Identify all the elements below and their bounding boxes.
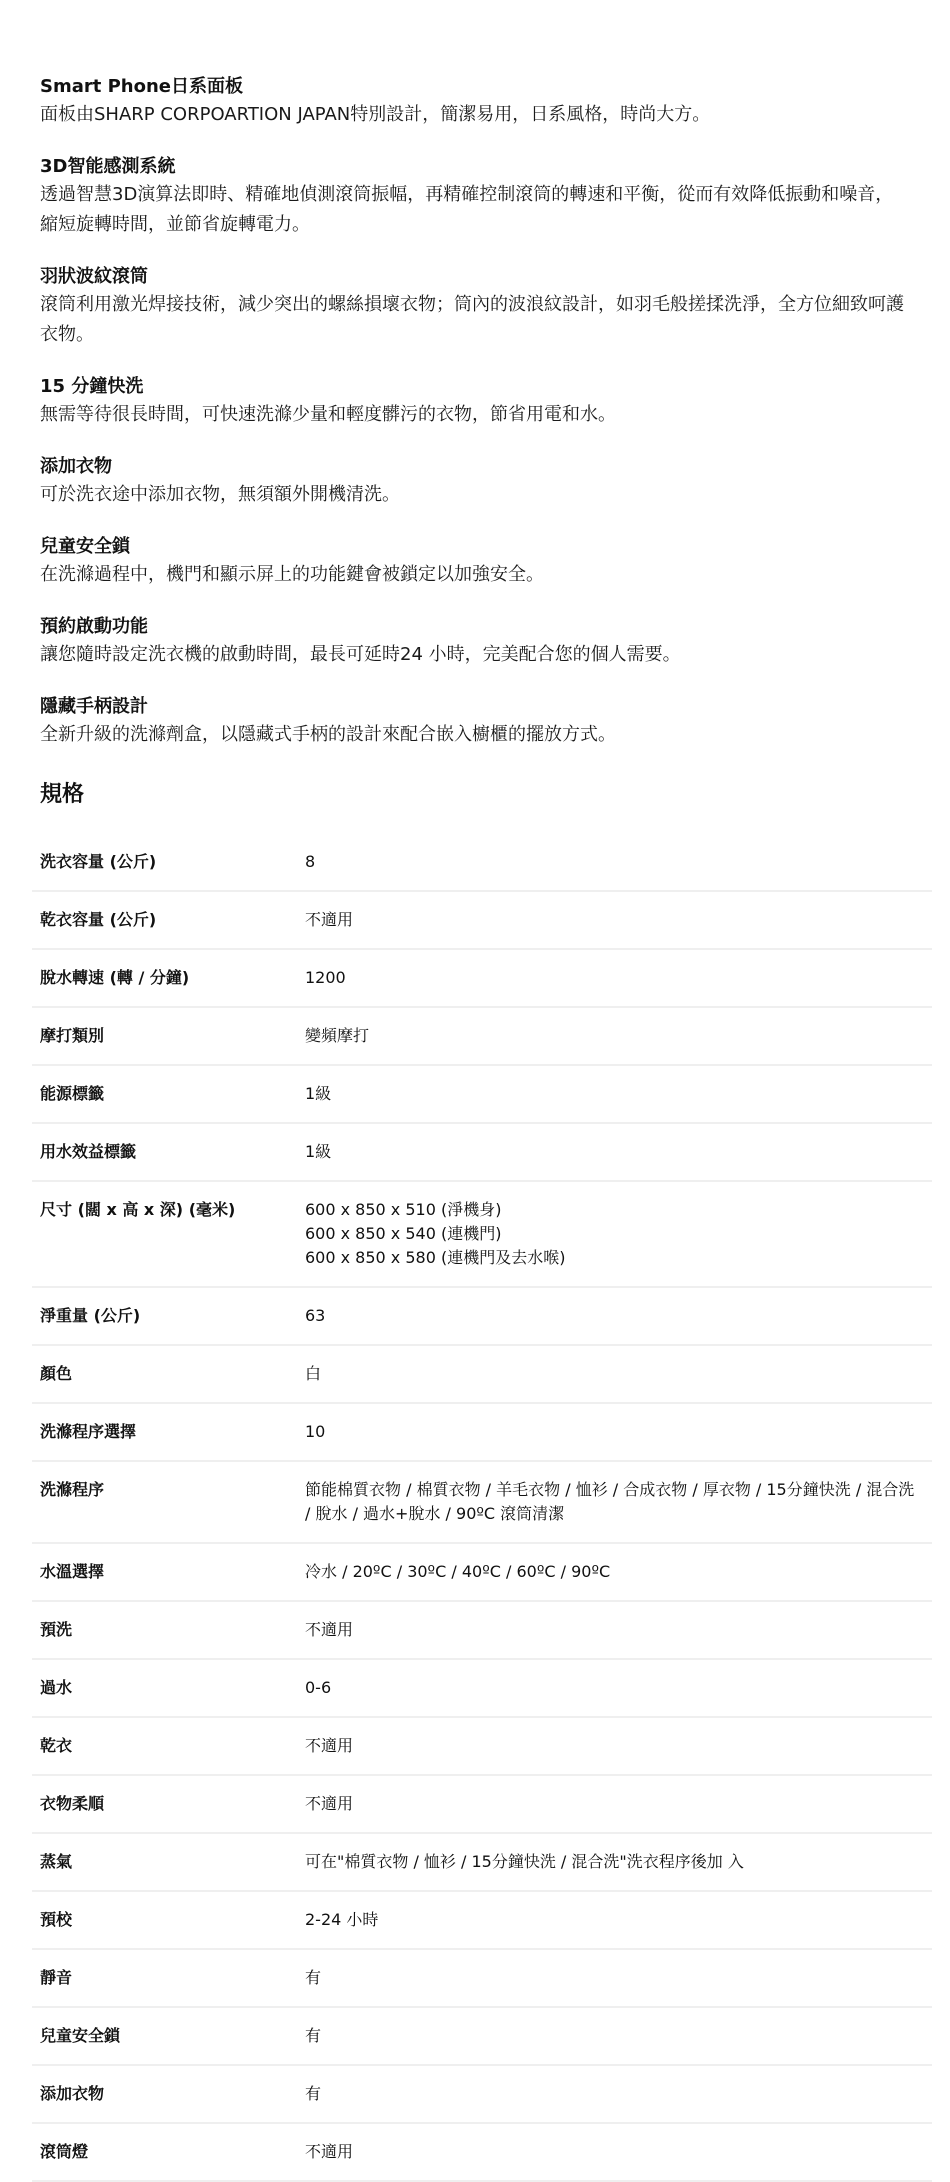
spec-row: 尺寸 (闊 x 高 x 深) (毫米)600 x 850 x 510 (淨機身)… bbox=[32, 1182, 932, 1288]
feature-body: 全新升級的洗滌劑盒，以隱藏式手柄的設計來配合嵌入櫥櫃的擺放方式。 bbox=[40, 720, 910, 750]
spec-value-line: 有 bbox=[305, 2024, 922, 2048]
spec-label: 脫水轉速 (轉 / 分鐘) bbox=[40, 966, 305, 990]
spec-value: 2-24 小時 bbox=[305, 1908, 932, 1932]
spec-row: 預校2-24 小時 bbox=[32, 1892, 932, 1950]
spec-value: 有 bbox=[305, 2082, 932, 2106]
spec-label: 兒童安全鎖 bbox=[40, 2024, 305, 2048]
feature-hidden-handle: 隱藏手柄設計 全新升級的洗滌劑盒，以隱藏式手柄的設計來配合嵌入櫥櫃的擺放方式。 bbox=[40, 694, 910, 750]
spec-value: 1級 bbox=[305, 1140, 932, 1164]
spec-row: 用水效益標籤1級 bbox=[32, 1124, 932, 1182]
spec-value: 不適用 bbox=[305, 908, 932, 932]
spec-label: 用水效益標籤 bbox=[40, 1140, 305, 1164]
spec-row: 兒童安全鎖有 bbox=[32, 2008, 932, 2066]
features-section: Smart Phone日系面板 面板由SHARP CORPOARTION JAP… bbox=[40, 0, 910, 750]
spec-label: 水溫選擇 bbox=[40, 1560, 305, 1584]
spec-value: 冷水 / 20ºC / 30ºC / 40ºC / 60ºC / 90ºC bbox=[305, 1560, 932, 1584]
product-detail-page: Smart Phone日系面板 面板由SHARP CORPOARTION JAP… bbox=[0, 0, 950, 2182]
feature-title: 兒童安全鎖 bbox=[40, 534, 910, 560]
spec-row: 顏色白 bbox=[32, 1346, 932, 1404]
spec-value: 有 bbox=[305, 1966, 932, 1990]
spec-label: 乾衣 bbox=[40, 1734, 305, 1758]
spec-value: 1200 bbox=[305, 966, 932, 990]
spec-value: 白 bbox=[305, 1362, 932, 1386]
spec-label: 添加衣物 bbox=[40, 2082, 305, 2106]
spec-label: 滾筒燈 bbox=[40, 2140, 305, 2164]
spec-row: 洗衣容量 (公斤)8 bbox=[32, 834, 932, 892]
feature-title: 羽狀波紋滾筒 bbox=[40, 264, 910, 290]
spec-row: 脫水轉速 (轉 / 分鐘)1200 bbox=[32, 950, 932, 1008]
spec-label: 過水 bbox=[40, 1676, 305, 1700]
spec-label: 洗衣容量 (公斤) bbox=[40, 850, 305, 874]
spec-row: 洗滌程序節能棉質衣物 / 棉質衣物 / 羊毛衣物 / 恤衫 / 合成衣物 / 厚… bbox=[32, 1462, 932, 1544]
spec-row: 靜音有 bbox=[32, 1950, 932, 2008]
spec-value-line: 1級 bbox=[305, 1082, 922, 1106]
spec-value-line: 不適用 bbox=[305, 2140, 922, 2164]
spec-value-line: 8 bbox=[305, 850, 922, 874]
spec-row: 滾筒燈不適用 bbox=[32, 2124, 932, 2182]
feature-title: 3D智能感測系統 bbox=[40, 154, 910, 180]
spec-value: 8 bbox=[305, 850, 932, 874]
spec-value: 10 bbox=[305, 1420, 932, 1444]
spec-value-line: 63 bbox=[305, 1304, 922, 1328]
spec-value-line: 白 bbox=[305, 1362, 922, 1386]
feature-body: 無需等待很長時間，可快速洗滌少量和輕度髒污的衣物，節省用電和水。 bbox=[40, 400, 910, 430]
spec-label: 衣物柔順 bbox=[40, 1792, 305, 1816]
spec-row: 蒸氣可在"棉質衣物 / 恤衫 / 15分鐘快洗 / 混合洗"洗衣程序後加 入 bbox=[32, 1834, 932, 1892]
spec-row: 預洗不適用 bbox=[32, 1602, 932, 1660]
spec-value-line: 10 bbox=[305, 1420, 922, 1444]
spec-label: 能源標籤 bbox=[40, 1082, 305, 1106]
spec-value-line: 有 bbox=[305, 2082, 922, 2106]
spec-value: 不適用 bbox=[305, 1734, 932, 1758]
spec-row: 淨重量 (公斤)63 bbox=[32, 1288, 932, 1346]
feature-add-laundry: 添加衣物 可於洗衣途中添加衣物，無須額外開機清洗。 bbox=[40, 454, 910, 510]
spec-value-line: 1200 bbox=[305, 966, 922, 990]
spec-row: 衣物柔順不適用 bbox=[32, 1776, 932, 1834]
spec-value: 0-6 bbox=[305, 1676, 932, 1700]
feature-smart-phone-panel: Smart Phone日系面板 面板由SHARP CORPOARTION JAP… bbox=[40, 74, 910, 130]
feature-delay-start: 預約啟動功能 讓您隨時設定洗衣機的啟動時間，最長可延時24 小時，完美配合您的個… bbox=[40, 614, 910, 670]
spec-row: 水溫選擇冷水 / 20ºC / 30ºC / 40ºC / 60ºC / 90º… bbox=[32, 1544, 932, 1602]
spec-value: 節能棉質衣物 / 棉質衣物 / 羊毛衣物 / 恤衫 / 合成衣物 / 厚衣物 /… bbox=[305, 1478, 932, 1526]
spec-value-line: 不適用 bbox=[305, 1618, 922, 1642]
feature-body: 滾筒利用激光焊接技術，減少突出的螺絲損壞衣物；筒內的波浪紋設計，如羽毛般搓揉洗淨… bbox=[40, 290, 910, 350]
spec-row: 添加衣物有 bbox=[32, 2066, 932, 2124]
spec-value-line: 冷水 / 20ºC / 30ºC / 40ºC / 60ºC / 90ºC bbox=[305, 1560, 922, 1584]
spec-label: 摩打類別 bbox=[40, 1024, 305, 1048]
feature-title: 15 分鐘快洗 bbox=[40, 374, 910, 400]
spec-value-line: 有 bbox=[305, 1966, 922, 1990]
feature-body: 可於洗衣途中添加衣物，無須額外開機清洗。 bbox=[40, 480, 910, 510]
spec-value-line: 2-24 小時 bbox=[305, 1908, 922, 1932]
spec-value-line: 600 x 850 x 540 (連機門) bbox=[305, 1222, 922, 1246]
spec-value: 有 bbox=[305, 2024, 932, 2048]
spec-value: 不適用 bbox=[305, 2140, 932, 2164]
spec-value-line: 1級 bbox=[305, 1140, 922, 1164]
spec-value-line: 節能棉質衣物 / 棉質衣物 / 羊毛衣物 / 恤衫 / 合成衣物 / 厚衣物 /… bbox=[305, 1478, 922, 1526]
spec-value-line: 變頻摩打 bbox=[305, 1024, 922, 1048]
feature-drum: 羽狀波紋滾筒 滾筒利用激光焊接技術，減少突出的螺絲損壞衣物；筒內的波浪紋設計，如… bbox=[40, 264, 910, 350]
spec-value-line: 不適用 bbox=[305, 908, 922, 932]
feature-body: 在洗滌過程中，機門和顯示屏上的功能鍵會被鎖定以加強安全。 bbox=[40, 560, 910, 590]
spec-row: 乾衣不適用 bbox=[32, 1718, 932, 1776]
spec-value-line: 不適用 bbox=[305, 1792, 922, 1816]
spec-value: 1級 bbox=[305, 1082, 932, 1106]
spec-value: 不適用 bbox=[305, 1792, 932, 1816]
spec-value: 63 bbox=[305, 1304, 932, 1328]
feature-quick-wash: 15 分鐘快洗 無需等待很長時間，可快速洗滌少量和輕度髒污的衣物，節省用電和水。 bbox=[40, 374, 910, 430]
spec-label: 尺寸 (闊 x 高 x 深) (毫米) bbox=[40, 1198, 305, 1270]
spec-row: 過水0-6 bbox=[32, 1660, 932, 1718]
spec-label: 蒸氣 bbox=[40, 1850, 305, 1874]
feature-body: 透過智慧3D演算法即時、精確地偵測滾筒振幅，再精確控制滾筒的轉速和平衡，從而有效… bbox=[40, 180, 910, 240]
spec-label: 乾衣容量 (公斤) bbox=[40, 908, 305, 932]
spec-row: 摩打類別變頻摩打 bbox=[32, 1008, 932, 1066]
spec-value: 600 x 850 x 510 (淨機身)600 x 850 x 540 (連機… bbox=[305, 1198, 932, 1270]
spec-table: 洗衣容量 (公斤)8乾衣容量 (公斤)不適用脫水轉速 (轉 / 分鐘)1200摩… bbox=[32, 834, 932, 2182]
spec-label: 淨重量 (公斤) bbox=[40, 1304, 305, 1328]
feature-title: Smart Phone日系面板 bbox=[40, 74, 910, 100]
spec-row: 乾衣容量 (公斤)不適用 bbox=[32, 892, 932, 950]
spec-row: 洗滌程序選擇10 bbox=[32, 1404, 932, 1462]
spec-label: 洗滌程序選擇 bbox=[40, 1420, 305, 1444]
feature-3d-sensing: 3D智能感測系統 透過智慧3D演算法即時、精確地偵測滾筒振幅，再精確控制滾筒的轉… bbox=[40, 154, 910, 240]
spec-label: 預洗 bbox=[40, 1618, 305, 1642]
spec-label: 靜音 bbox=[40, 1966, 305, 1990]
spec-value-line: 0-6 bbox=[305, 1676, 922, 1700]
spec-row: 能源標籤1級 bbox=[32, 1066, 932, 1124]
spec-value: 不適用 bbox=[305, 1618, 932, 1642]
spec-label: 洗滌程序 bbox=[40, 1478, 305, 1526]
spec-label: 預校 bbox=[40, 1908, 305, 1932]
spec-value-line: 不適用 bbox=[305, 1734, 922, 1758]
spec-label: 顏色 bbox=[40, 1362, 305, 1386]
feature-title: 添加衣物 bbox=[40, 454, 910, 480]
spec-value-line: 600 x 850 x 580 (連機門及去水喉) bbox=[305, 1246, 922, 1270]
spec-value: 變頻摩打 bbox=[305, 1024, 932, 1048]
feature-body: 面板由SHARP CORPOARTION JAPAN特別設計，簡潔易用，日系風格… bbox=[40, 100, 910, 130]
spec-value-line: 600 x 850 x 510 (淨機身) bbox=[305, 1198, 922, 1222]
spec-heading: 規格 bbox=[40, 780, 910, 810]
feature-body: 讓您隨時設定洗衣機的啟動時間，最長可延時24 小時，完美配合您的個人需要。 bbox=[40, 640, 910, 670]
feature-title: 預約啟動功能 bbox=[40, 614, 910, 640]
spec-value: 可在"棉質衣物 / 恤衫 / 15分鐘快洗 / 混合洗"洗衣程序後加 入 bbox=[305, 1850, 932, 1874]
spec-value-line: 可在"棉質衣物 / 恤衫 / 15分鐘快洗 / 混合洗"洗衣程序後加 入 bbox=[305, 1850, 922, 1874]
feature-title: 隱藏手柄設計 bbox=[40, 694, 910, 720]
feature-child-lock: 兒童安全鎖 在洗滌過程中，機門和顯示屏上的功能鍵會被鎖定以加強安全。 bbox=[40, 534, 910, 590]
